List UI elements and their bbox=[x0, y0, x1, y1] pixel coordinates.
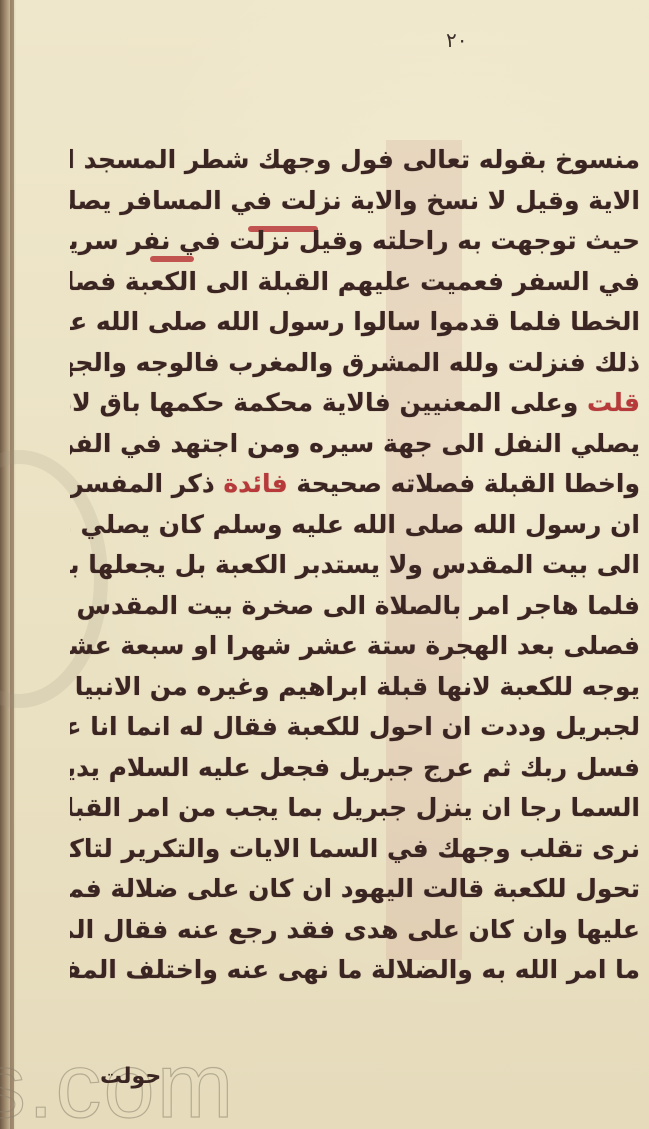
text-line-1: منسوخ بقوله تعالى فول وجهك شطر المسجد ال… bbox=[70, 140, 640, 181]
text-line-6: ذلك فنزلت ولله المشرق والمغرب فالوجه وال… bbox=[70, 343, 640, 384]
text-line-14: يوجه للكعبة لانها قبلة ابراهيم وغيره من … bbox=[70, 667, 640, 708]
text-line-12: فلما هاجر امر بالصلاة الى صخرة بيت المقد… bbox=[70, 586, 640, 627]
text-line-7-body: وعلى المعنيين فالاية محكمة حكمها باق لان… bbox=[70, 388, 587, 417]
main-text-block: منسوخ بقوله تعالى فول وجهك شطر المسجد ال… bbox=[70, 140, 640, 991]
text-line-17: السما رجا ان ينزل جبريل بما يجب من امر ا… bbox=[70, 788, 640, 829]
text-line-9-post: ذكر المفسرون bbox=[70, 469, 223, 498]
text-line-7: قلت وعلى المعنيين فالاية محكمة حكمها باق… bbox=[70, 383, 640, 424]
text-line-10: ان رسول الله صلى الله عليه وسلم كان يصلي… bbox=[70, 505, 640, 546]
text-line-9: واخطا القبلة فصلاته صحيحة فائدة ذكر المف… bbox=[70, 464, 640, 505]
folio-number: ٢٠ bbox=[446, 28, 467, 52]
text-line-20: عليها وان كان على هدى فقد رجع عنه فقال ا… bbox=[70, 910, 640, 951]
text-line-21: ما امر الله به والضلالة ما نهى عنه واختل… bbox=[70, 950, 640, 991]
text-line-8: يصلي النفل الى جهة سيره ومن اجتهد في الف… bbox=[70, 424, 640, 465]
text-line-4: في السفر فعميت عليهم القبلة الى الكعبة ف… bbox=[70, 262, 640, 303]
text-line-15: لجبريل وددت ان احول للكعبة فقال له انما … bbox=[70, 707, 640, 748]
text-line-18: نرى تقلب وجهك في السما الايات والتكرير ل… bbox=[70, 829, 640, 870]
text-line-5: الخطا فلما قدموا سالوا رسول الله صلى الل… bbox=[70, 302, 640, 343]
text-line-2: الاية وقيل لا نسخ والاية نزلت في المسافر… bbox=[70, 181, 640, 222]
text-line-16: فسل ربك ثم عرج جبريل فجعل عليه السلام يد… bbox=[70, 748, 640, 789]
text-line-19: تحول للكعبة قالت اليهود ان كان على ضلالة… bbox=[70, 869, 640, 910]
text-line-11: الى بيت المقدس ولا يستدبر الكعبة بل يجعل… bbox=[70, 545, 640, 586]
text-line-13: فصلى بعد الهجرة ستة عشر شهرا او سبعة عشر… bbox=[70, 626, 640, 667]
rubric-faida: فائدة bbox=[223, 469, 287, 498]
catchword: حولت bbox=[100, 1064, 161, 1089]
rubric-qult: قلت bbox=[587, 388, 640, 417]
manuscript-page: ٢٠ منسوخ بقوله تعالى فول وجهك شطر المسجد… bbox=[0, 0, 649, 1129]
text-line-3: حيث توجهت به راحلته وقيل نزلت في نفر سري… bbox=[70, 221, 640, 262]
text-line-9-pre: واخطا القبلة فصلاته صحيحة bbox=[288, 469, 640, 498]
